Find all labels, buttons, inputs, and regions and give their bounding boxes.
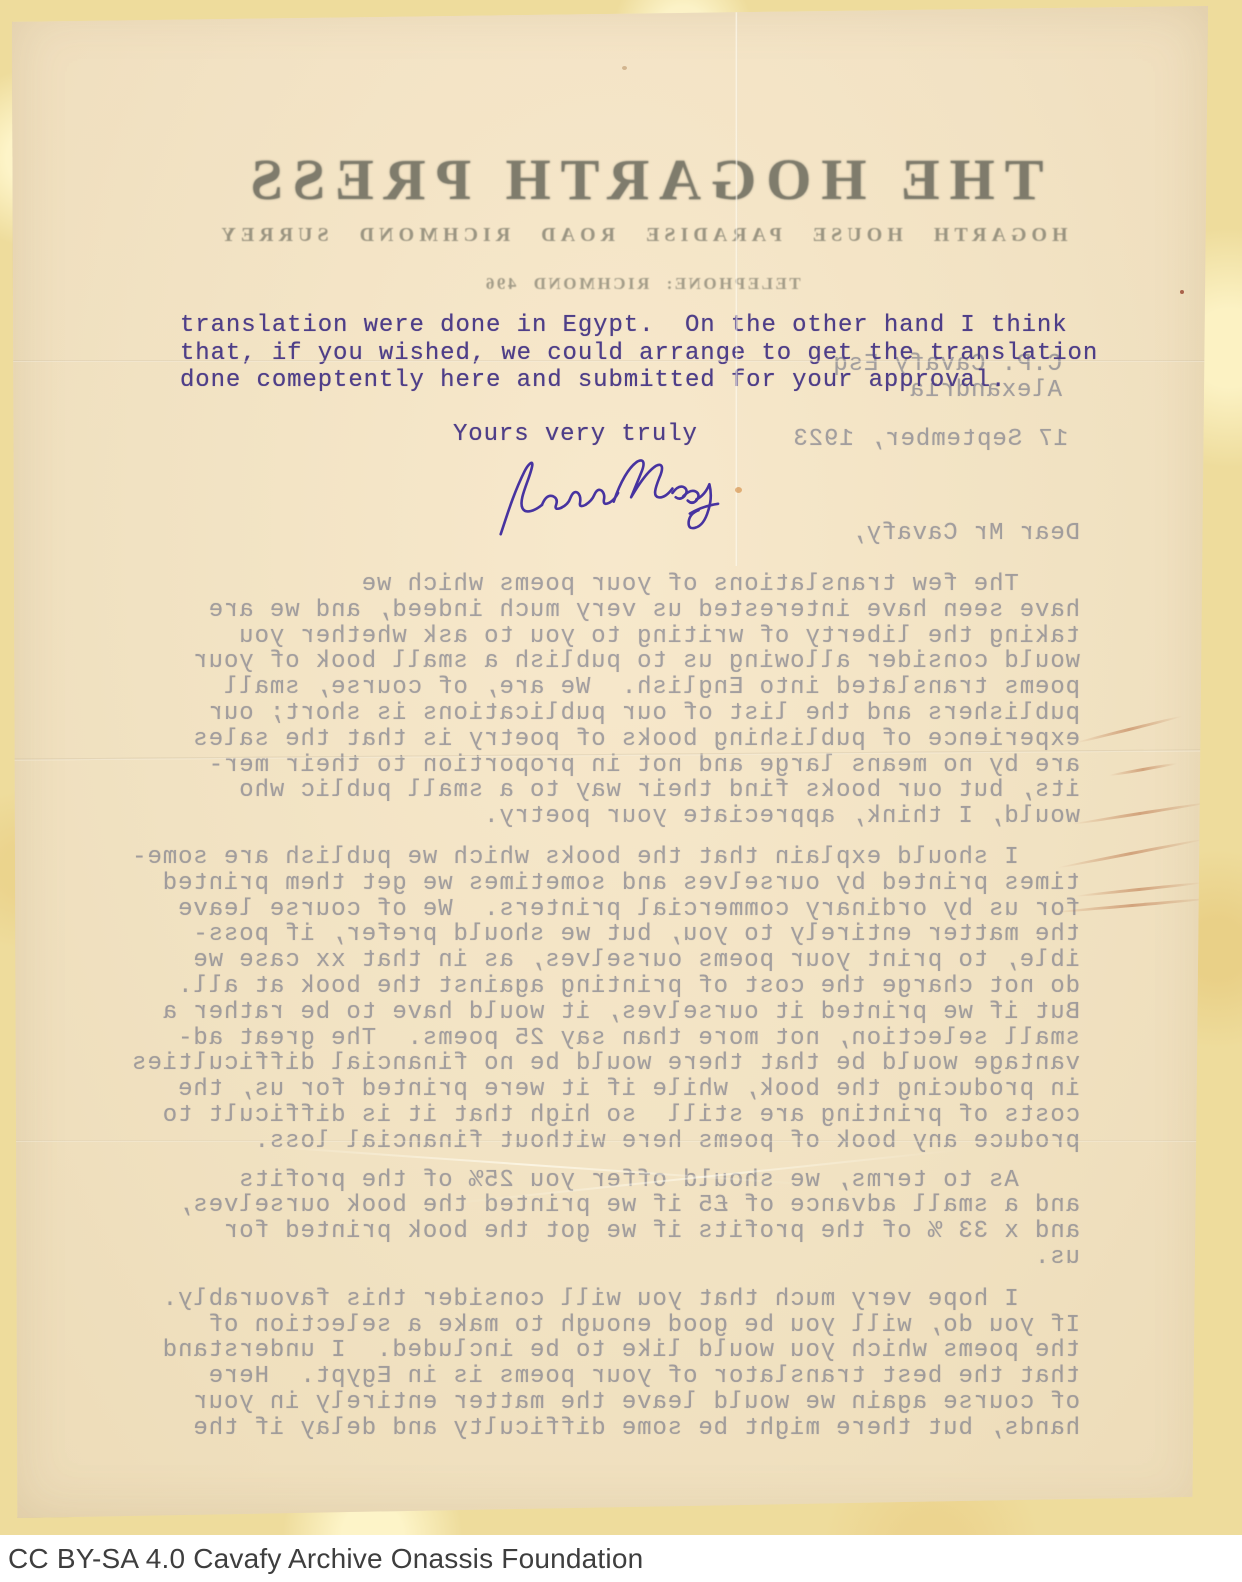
- text-line: do not charge the cost of printing again…: [100, 974, 1080, 1000]
- text-line: that the best translator of your poems i…: [100, 1364, 1080, 1390]
- text-line: costs of printing are still so high that…: [100, 1103, 1080, 1129]
- paragraph-2: I should explain that the books which we…: [100, 845, 1080, 1155]
- signature-leonard-woolf: [492, 444, 742, 544]
- text-line: and a small advance of £5 if we printed …: [100, 1193, 1080, 1219]
- text-line: would, I think, appreciate your poetry.: [100, 804, 1080, 830]
- paragraph-4: I hope very much that you will consider …: [100, 1287, 1080, 1442]
- date-line: 17 September, 1923: [793, 426, 1068, 453]
- text-line: taking the liberty of writing to you to …: [100, 624, 1080, 650]
- attribution-text: CC BY-SA 4.0 Cavafy Archive Onassis Foun…: [8, 1535, 643, 1582]
- text-line: us.: [100, 1245, 1080, 1271]
- text-line: I should explain that the books which we…: [100, 845, 1080, 871]
- text-line: The few translations of your poems which…: [100, 572, 1080, 598]
- text-line: produce any book of poems here without f…: [100, 1129, 1080, 1155]
- text-line: and x 33 % of the profits if we got the …: [100, 1219, 1080, 1245]
- text-line: the poems which you would like to be inc…: [100, 1338, 1080, 1364]
- foxing-speck: [735, 487, 742, 493]
- letterhead-title: THE HOGARTH PRESS: [44, 146, 1240, 213]
- text-line: small selection, not more than say 25 po…: [100, 1026, 1080, 1052]
- letterhead-telephone: TELEPHONE: RICHMOND 496: [44, 274, 1240, 294]
- letter-body-showthrough: Dear Mr Cavafy, The few translations of …: [100, 521, 1080, 1442]
- text-line: done comeptently here and submitted for …: [180, 367, 1098, 395]
- text-line: experience of publishing books of poetry…: [100, 727, 1080, 753]
- foxing-speck: [622, 66, 627, 70]
- text-line: that, if you wished, we could arrange to…: [180, 340, 1098, 368]
- text-line: have seen have interested us very much i…: [100, 598, 1080, 624]
- text-line: translation were done in Egypt. On the o…: [180, 312, 1098, 340]
- text-line: As to terms, we should offer you 25% of …: [100, 1168, 1080, 1194]
- text-line: would consider allowing us to publish a …: [100, 649, 1080, 675]
- text-line: its, but our books find their way to a s…: [100, 778, 1080, 804]
- text-line: in producing the book, while if it were …: [100, 1077, 1080, 1103]
- text-line: publishers and the list of our publicati…: [100, 701, 1080, 727]
- text-line: are by no means large and not in proport…: [100, 753, 1080, 779]
- paragraph-3: As to terms, we should offer you 25% of …: [100, 1168, 1080, 1271]
- text-line: the matter entirely to you, but we shoul…: [100, 922, 1080, 948]
- text-line: of course again we would leave the matte…: [100, 1390, 1080, 1416]
- paragraph-1: The few translations of your poems which…: [100, 572, 1080, 830]
- foxing-speck: [1180, 290, 1184, 294]
- text-line: for us by ordinary commercial printers. …: [100, 897, 1080, 923]
- text-line: But if we printed it ourselves, it would…: [100, 1000, 1080, 1026]
- letterhead-address: HOGARTH HOUSE PARADISE ROAD RICHMOND SUR…: [44, 224, 1240, 247]
- text-line: poems translated into English. We are, o…: [100, 675, 1080, 701]
- text-line: If you do, will you be good enough to ma…: [100, 1313, 1080, 1339]
- text-line: vantage would be that there would be no …: [100, 1051, 1080, 1077]
- typed-paragraph-end: translation were done in Egypt. On the o…: [180, 312, 1098, 395]
- showthrough-mirror-layer: THE HOGARTH PRESS HOGARTH HOUSE PARADISE…: [12, 6, 1208, 1518]
- attribution-bar: CC BY-SA 4.0 Cavafy Archive Onassis Foun…: [0, 1535, 1242, 1582]
- text-line: hands, but there might be some difficult…: [100, 1416, 1080, 1442]
- text-line: ible, to print your poems ourselves, as …: [100, 948, 1080, 974]
- text-line: times printed by ourselves and sometimes…: [100, 871, 1080, 897]
- text-line: I hope very much that you will consider …: [100, 1287, 1080, 1313]
- letter-sheet-verso: THE HOGARTH PRESS HOGARTH HOUSE PARADISE…: [12, 6, 1208, 1518]
